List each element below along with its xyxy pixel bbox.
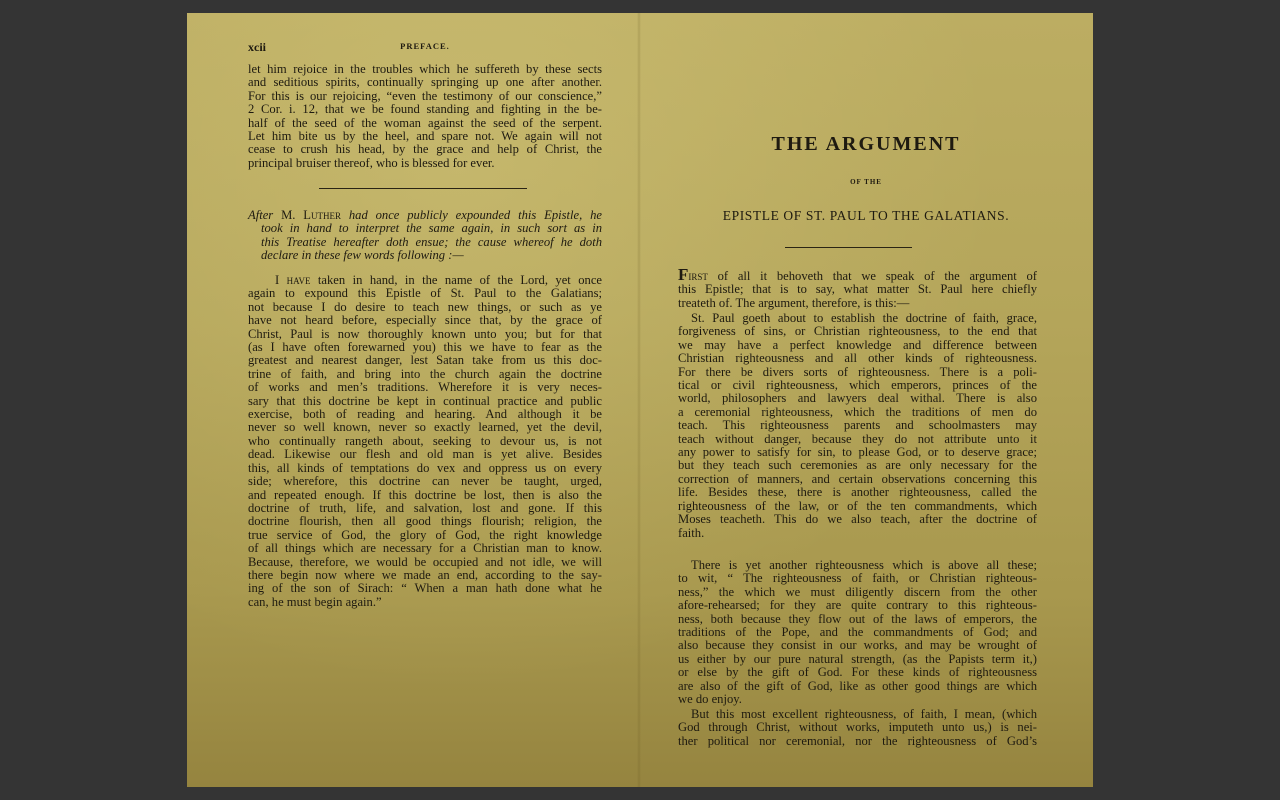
text-line: but they teach such ceremonies as are on… xyxy=(678,459,1037,472)
text-line: treateth of. The argument, therefore, is… xyxy=(678,297,1037,310)
paragraph-body: this Epistle; that is to say, what matte… xyxy=(678,283,1037,310)
text-line: and repeated enough. If this doctrine be… xyxy=(248,489,602,502)
text-line: faith. xyxy=(678,527,1037,540)
text-line: righteousness of the law, or of the ten … xyxy=(678,500,1037,513)
text-line: ing of the son of Sirach: “ When a man h… xyxy=(248,582,602,595)
text-line: (as I have often forewarned you) this we… xyxy=(248,341,602,354)
text-line: not because I do desire to teach new thi… xyxy=(248,301,602,314)
paragraph: But this most excellent righteousness, o… xyxy=(678,708,1037,748)
text-line: we may have a perfect knowledge and diff… xyxy=(678,339,1037,352)
text-line: forgiveness of sins, or Christian righte… xyxy=(678,325,1037,338)
para-first-word: I xyxy=(275,273,279,287)
text-line: There is yet another righteousness which… xyxy=(678,559,1037,572)
section-rule xyxy=(319,188,527,189)
text-line: 2 Cor. i. 12, that we be found standing … xyxy=(248,103,602,116)
initial-letter: F xyxy=(678,265,688,284)
para-line-1: of all it behoveth that we speak of the … xyxy=(718,269,1037,283)
text-line: afore-rehearsed; for they are quite cont… xyxy=(678,599,1037,612)
paragraph: First of all it behoveth that we speak o… xyxy=(678,269,1037,310)
text-line: any power to satisfy for sin, to please … xyxy=(678,446,1037,459)
text-line: also because they consist in our works, … xyxy=(678,639,1037,652)
section-rule xyxy=(785,247,912,248)
note-first-word: After xyxy=(248,208,273,222)
note-continuation: took in hand to interpret the same again… xyxy=(248,222,602,262)
paragraph: I have taken in hand, in the name of the… xyxy=(248,274,602,609)
italic-introduction: After M. Luther had once publicly expoun… xyxy=(248,209,602,263)
text-line: exercise, both of reading and hearing. A… xyxy=(248,408,602,421)
text-line: let him rejoice in the troubles which he… xyxy=(248,63,602,76)
paragraph: let him rejoice in the troubles which he… xyxy=(248,63,602,170)
text-line: who continually rangeth about, seeking t… xyxy=(248,435,602,448)
text-line: ness,” the which we must diligently disc… xyxy=(678,586,1037,599)
text-line: Christ, Paul is now thoroughly known unt… xyxy=(248,328,602,341)
text-line: life. Besides these, there is another ri… xyxy=(678,486,1037,499)
para-small-caps: irst xyxy=(688,269,708,283)
text-line: have not heard before, especially since … xyxy=(248,314,602,327)
text-line: ther political nor ceremonial, nor the r… xyxy=(678,735,1037,748)
text-line: For this is our rejoicing, “even the tes… xyxy=(248,90,602,103)
text-line: traditions of the Pope, and the commandm… xyxy=(678,626,1037,639)
text-line: of works and men’s traditions. Wherefore… xyxy=(248,381,602,394)
note-name: Luther xyxy=(303,208,341,222)
text-line: declare in these few words following :— xyxy=(261,249,602,262)
text-line: to wit, “ The righteousness of faith, or… xyxy=(678,572,1037,585)
text-line: this Treatise hereafter doth ensue; the … xyxy=(261,236,602,249)
text-line: correction of manners, and certain obser… xyxy=(678,473,1037,486)
text-line: ness, both because they flow out of the … xyxy=(678,613,1037,626)
text-line: a ceremonial righteousness, which the tr… xyxy=(678,406,1037,419)
para-line-1: taken in hand, in the name of the Lord, … xyxy=(318,273,602,287)
chapter-subtitle: EPISTLE OF ST. PAUL TO THE GALATIANS. xyxy=(639,208,1093,224)
text-line: true service of God, the glory of God, t… xyxy=(248,529,602,542)
paragraph-body: again to expound this Epistle of St. Pau… xyxy=(248,287,602,609)
text-line: But this most excellent righteousness, o… xyxy=(678,708,1037,721)
paragraph: St. Paul goeth about to establish the do… xyxy=(678,312,1037,540)
text-line: Because, therefore, we would be occupied… xyxy=(248,556,602,569)
text-line: Let him bite us by the heel, and spare n… xyxy=(248,130,602,143)
note-line-1: had once publicly expounded this Epistle… xyxy=(349,208,602,222)
text-line: tical or civil righteousness, which empe… xyxy=(678,379,1037,392)
text-line: and seditious spirits, continually sprin… xyxy=(248,76,602,89)
text-line: Christian righteousness and all other ki… xyxy=(678,352,1037,365)
text-line: Moses teacheth. This do we also teach, a… xyxy=(678,513,1037,526)
text-line: St. Paul goeth about to establish the do… xyxy=(678,312,1037,325)
text-line: dead. Likewise our flesh and old man is … xyxy=(248,448,602,461)
text-line: took in hand to interpret the same again… xyxy=(261,222,602,235)
text-line: teach without danger, because they do no… xyxy=(678,433,1037,446)
text-line: doctrine flourish, then all good things … xyxy=(248,515,602,528)
text-line: greatest and nearest danger, lest Satan … xyxy=(248,354,602,367)
paragraph: There is yet another righteousness which… xyxy=(678,559,1037,706)
text-line: trine of faith, and bring into the churc… xyxy=(248,368,602,381)
running-title: PREFACE. xyxy=(248,41,602,51)
text-line: us either by our pure natural strength, … xyxy=(678,653,1037,666)
text-line: can, he must begin again.” xyxy=(248,596,602,609)
left-page: xcii PREFACE. let him rejoice in the tro… xyxy=(187,13,639,787)
running-head: xcii PREFACE. xyxy=(248,40,602,54)
chapter-subheading: OF THE xyxy=(639,178,1093,186)
text-line: cease to crush his head, by the grace an… xyxy=(248,143,602,156)
text-line: this Epistle; that is to say, what matte… xyxy=(678,283,1037,296)
text-line: teach. This righteousness parents and sc… xyxy=(678,419,1037,432)
text-line: there begin now where we made an end, ac… xyxy=(248,569,602,582)
text-line: we do enjoy. xyxy=(678,693,1037,706)
right-page: THE ARGUMENT OF THE EPISTLE OF ST. PAUL … xyxy=(639,13,1093,787)
text-line: are also of the gift of God, like as oth… xyxy=(678,680,1037,693)
text-line: side; wherefore, this doctrine can never… xyxy=(248,475,602,488)
text-line: God through Christ, without works, imput… xyxy=(678,721,1037,734)
text-line: half of the seed of the woman against th… xyxy=(248,117,602,130)
text-line: never so well known, never so exactly le… xyxy=(248,421,602,434)
text-line: this, all kinds of temptations do vex an… xyxy=(248,462,602,475)
text-line: sary that this doctrine be kept in conti… xyxy=(248,395,602,408)
chapter-heading: THE ARGUMENT xyxy=(639,133,1093,156)
text-line: For there be divers sorts of righteousne… xyxy=(678,366,1037,379)
note-name-prefix: M. xyxy=(281,208,303,222)
text-line: principal bruiser thereof, who is blesse… xyxy=(248,157,602,170)
text-line: doctrine of truth, life, and salvation, … xyxy=(248,502,602,515)
text-line: or else by the gift of God. For these ki… xyxy=(678,666,1037,679)
book-spread: xcii PREFACE. let him rejoice in the tro… xyxy=(187,13,1093,787)
para-small-caps: have xyxy=(287,273,311,287)
text-line: of all things which are necessary for a … xyxy=(248,542,602,555)
text-line: again to expound this Epistle of St. Pau… xyxy=(248,287,602,300)
text-line: world, philosophers and lawyers deal wit… xyxy=(678,392,1037,405)
